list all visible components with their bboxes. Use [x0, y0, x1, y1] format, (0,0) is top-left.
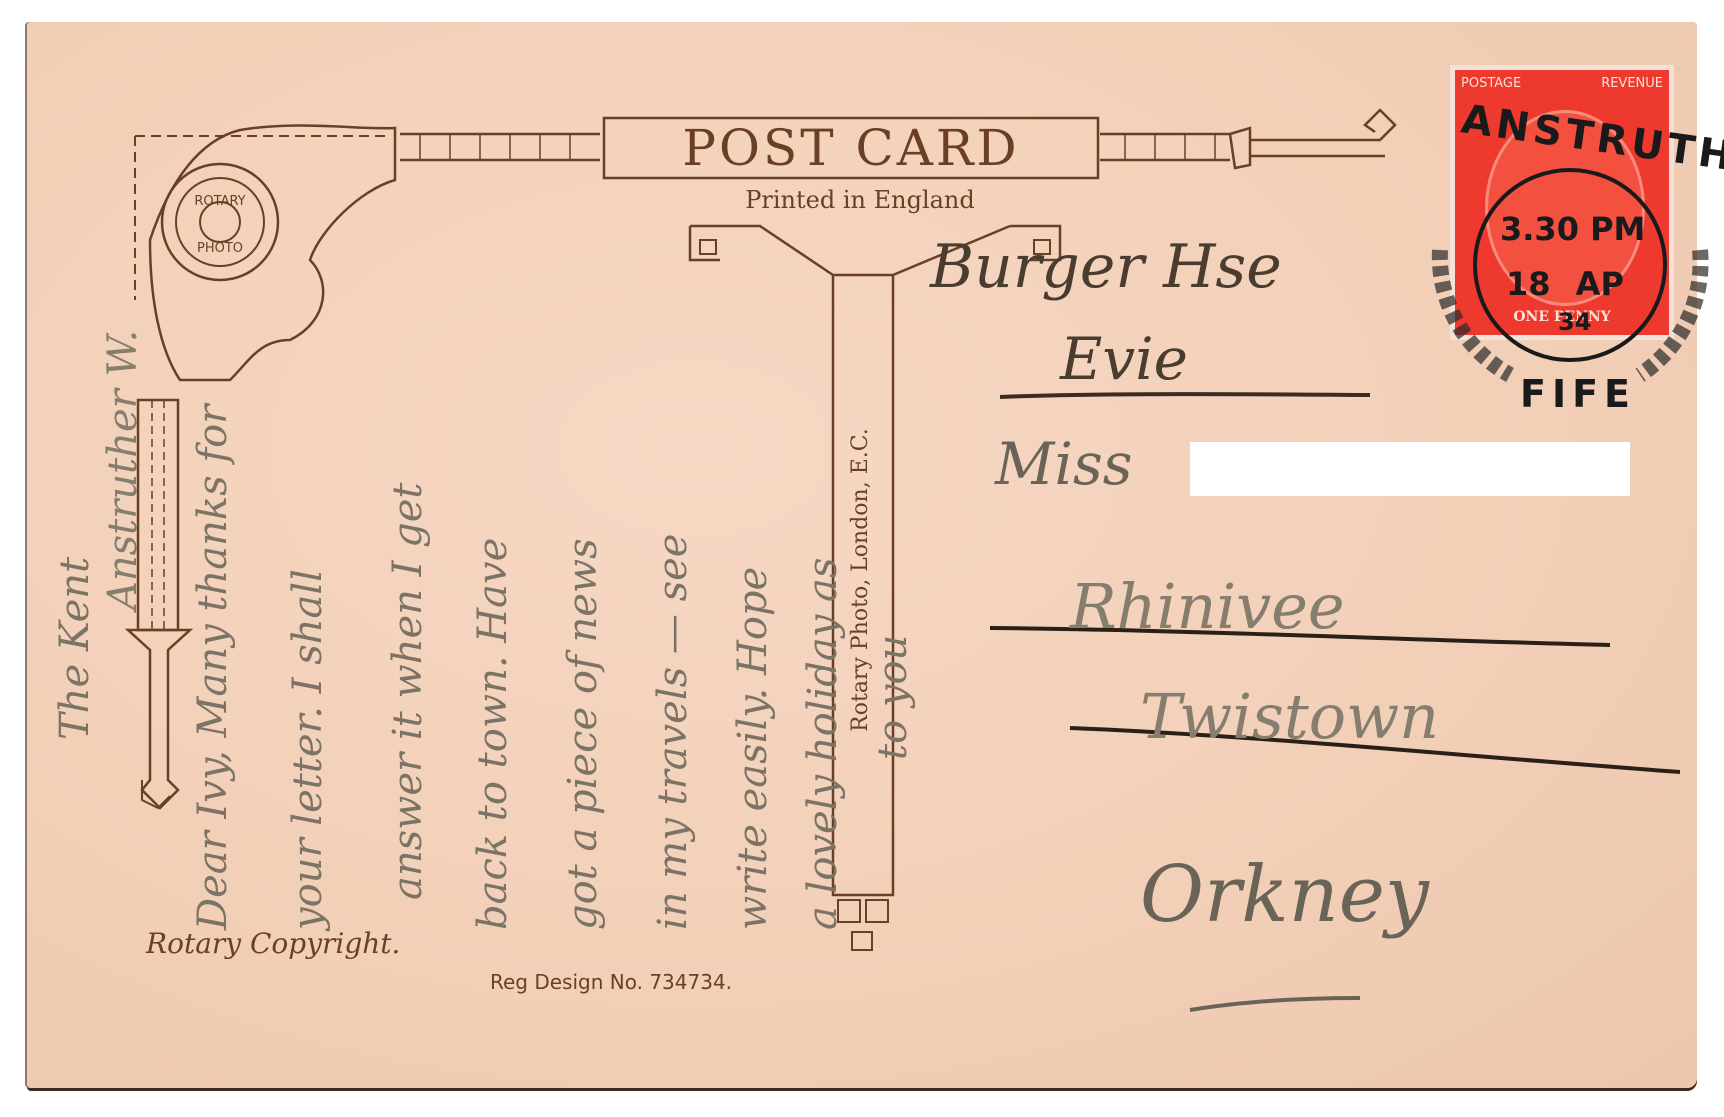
postmark-date: 18 AP	[1506, 265, 1624, 303]
postmark-time: 3.30 PM	[1500, 210, 1645, 248]
postmark-county: FIFE	[1520, 372, 1636, 416]
postmark-rings	[0, 0, 1724, 1117]
postmark-year: 34	[1558, 308, 1591, 336]
